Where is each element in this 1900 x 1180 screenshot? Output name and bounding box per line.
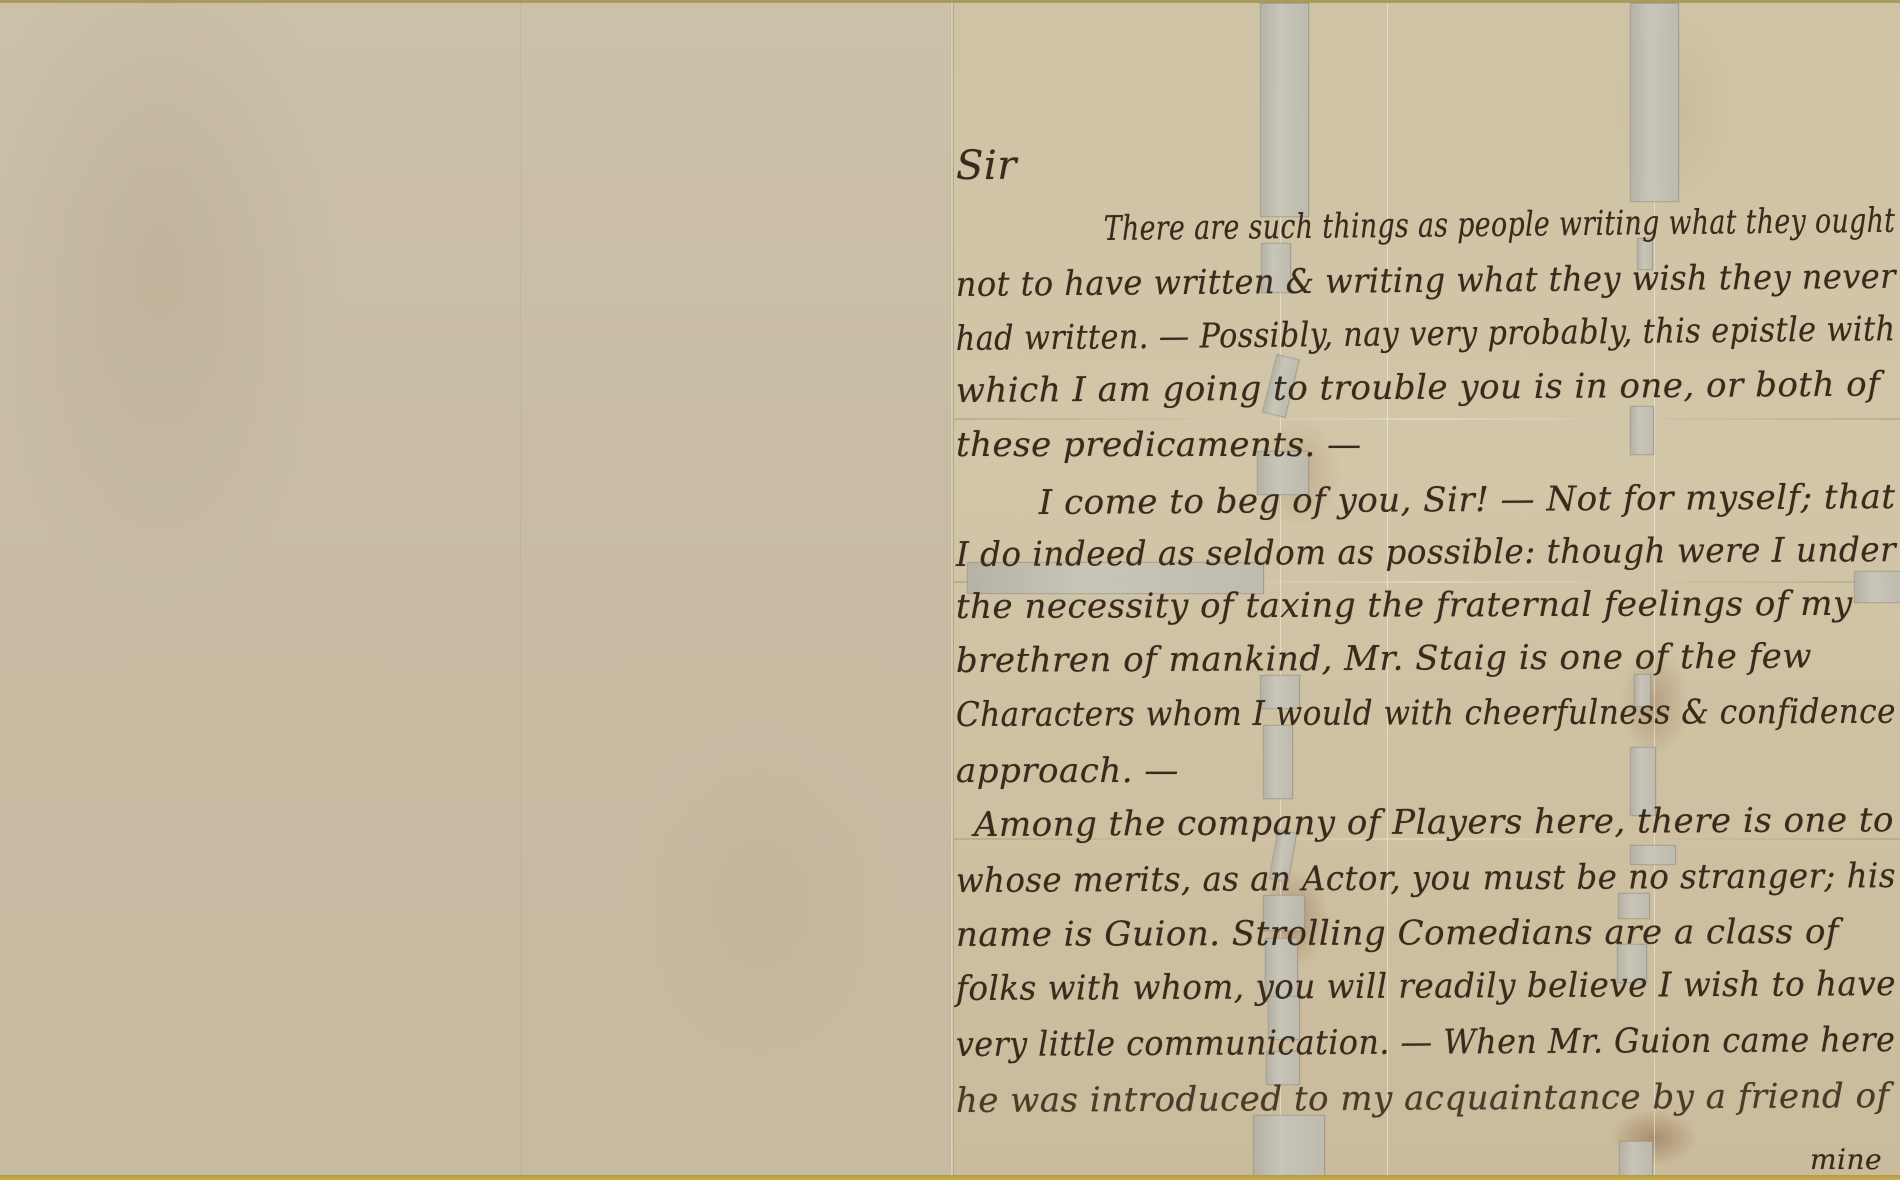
repair-tape <box>1630 3 1679 202</box>
letter-line: folks with whom, you will readily believ… <box>956 964 1896 1009</box>
salutation: Sir <box>956 143 1017 189</box>
paper-fold <box>520 3 521 1175</box>
document-viewer: Sir There are such things as people writ… <box>0 0 1900 1180</box>
frame-edge-bottom <box>0 1175 1900 1180</box>
letter-line: whose merits, as an Actor, you must be n… <box>956 856 1896 901</box>
repair-tape <box>1263 725 1293 799</box>
letter-line: he was introduced to my acquaintance by … <box>956 1076 1890 1121</box>
letter-line: very little communication. — When Mr. Gu… <box>956 1020 1896 1065</box>
letter-line: approach. — <box>956 751 1179 791</box>
letter-line: name is Guion. Strolling Comedians are a… <box>956 912 1839 955</box>
repair-tape <box>1619 1141 1653 1177</box>
letter-line: brethren of mankind, Mr. Staig is one of… <box>956 637 1812 681</box>
letter-line: I do indeed as seldom as possible: thoug… <box>956 530 1896 575</box>
letter-line: Among the company of Players here, there… <box>974 800 1894 845</box>
letter-line: the necessity of taxing the fraternal fe… <box>956 584 1853 627</box>
letter-line: these predicaments. — <box>956 425 1362 465</box>
left-page-blank <box>0 3 953 1175</box>
letter-page: Sir There are such things as people writ… <box>954 3 1900 1175</box>
letter-line: There are such things as people writing … <box>1104 201 1896 249</box>
repair-tape <box>1630 406 1654 455</box>
letter-line: I come to beg of you, Sir! — Not for mys… <box>1039 477 1896 523</box>
letter-line: not to have written & writing what they … <box>956 257 1897 305</box>
catchword: mine <box>1810 1143 1882 1176</box>
letter-line: had written. — Possibly, nay very probab… <box>956 309 1896 359</box>
repair-tape <box>1260 3 1309 217</box>
repair-tape <box>1854 571 1900 603</box>
repair-tape <box>1253 1115 1325 1179</box>
paper-crease <box>954 418 1900 420</box>
letter-line: Characters whom I would with cheerfulnes… <box>956 692 1896 735</box>
letter-line: which I am going to trouble you is in on… <box>956 365 1881 411</box>
